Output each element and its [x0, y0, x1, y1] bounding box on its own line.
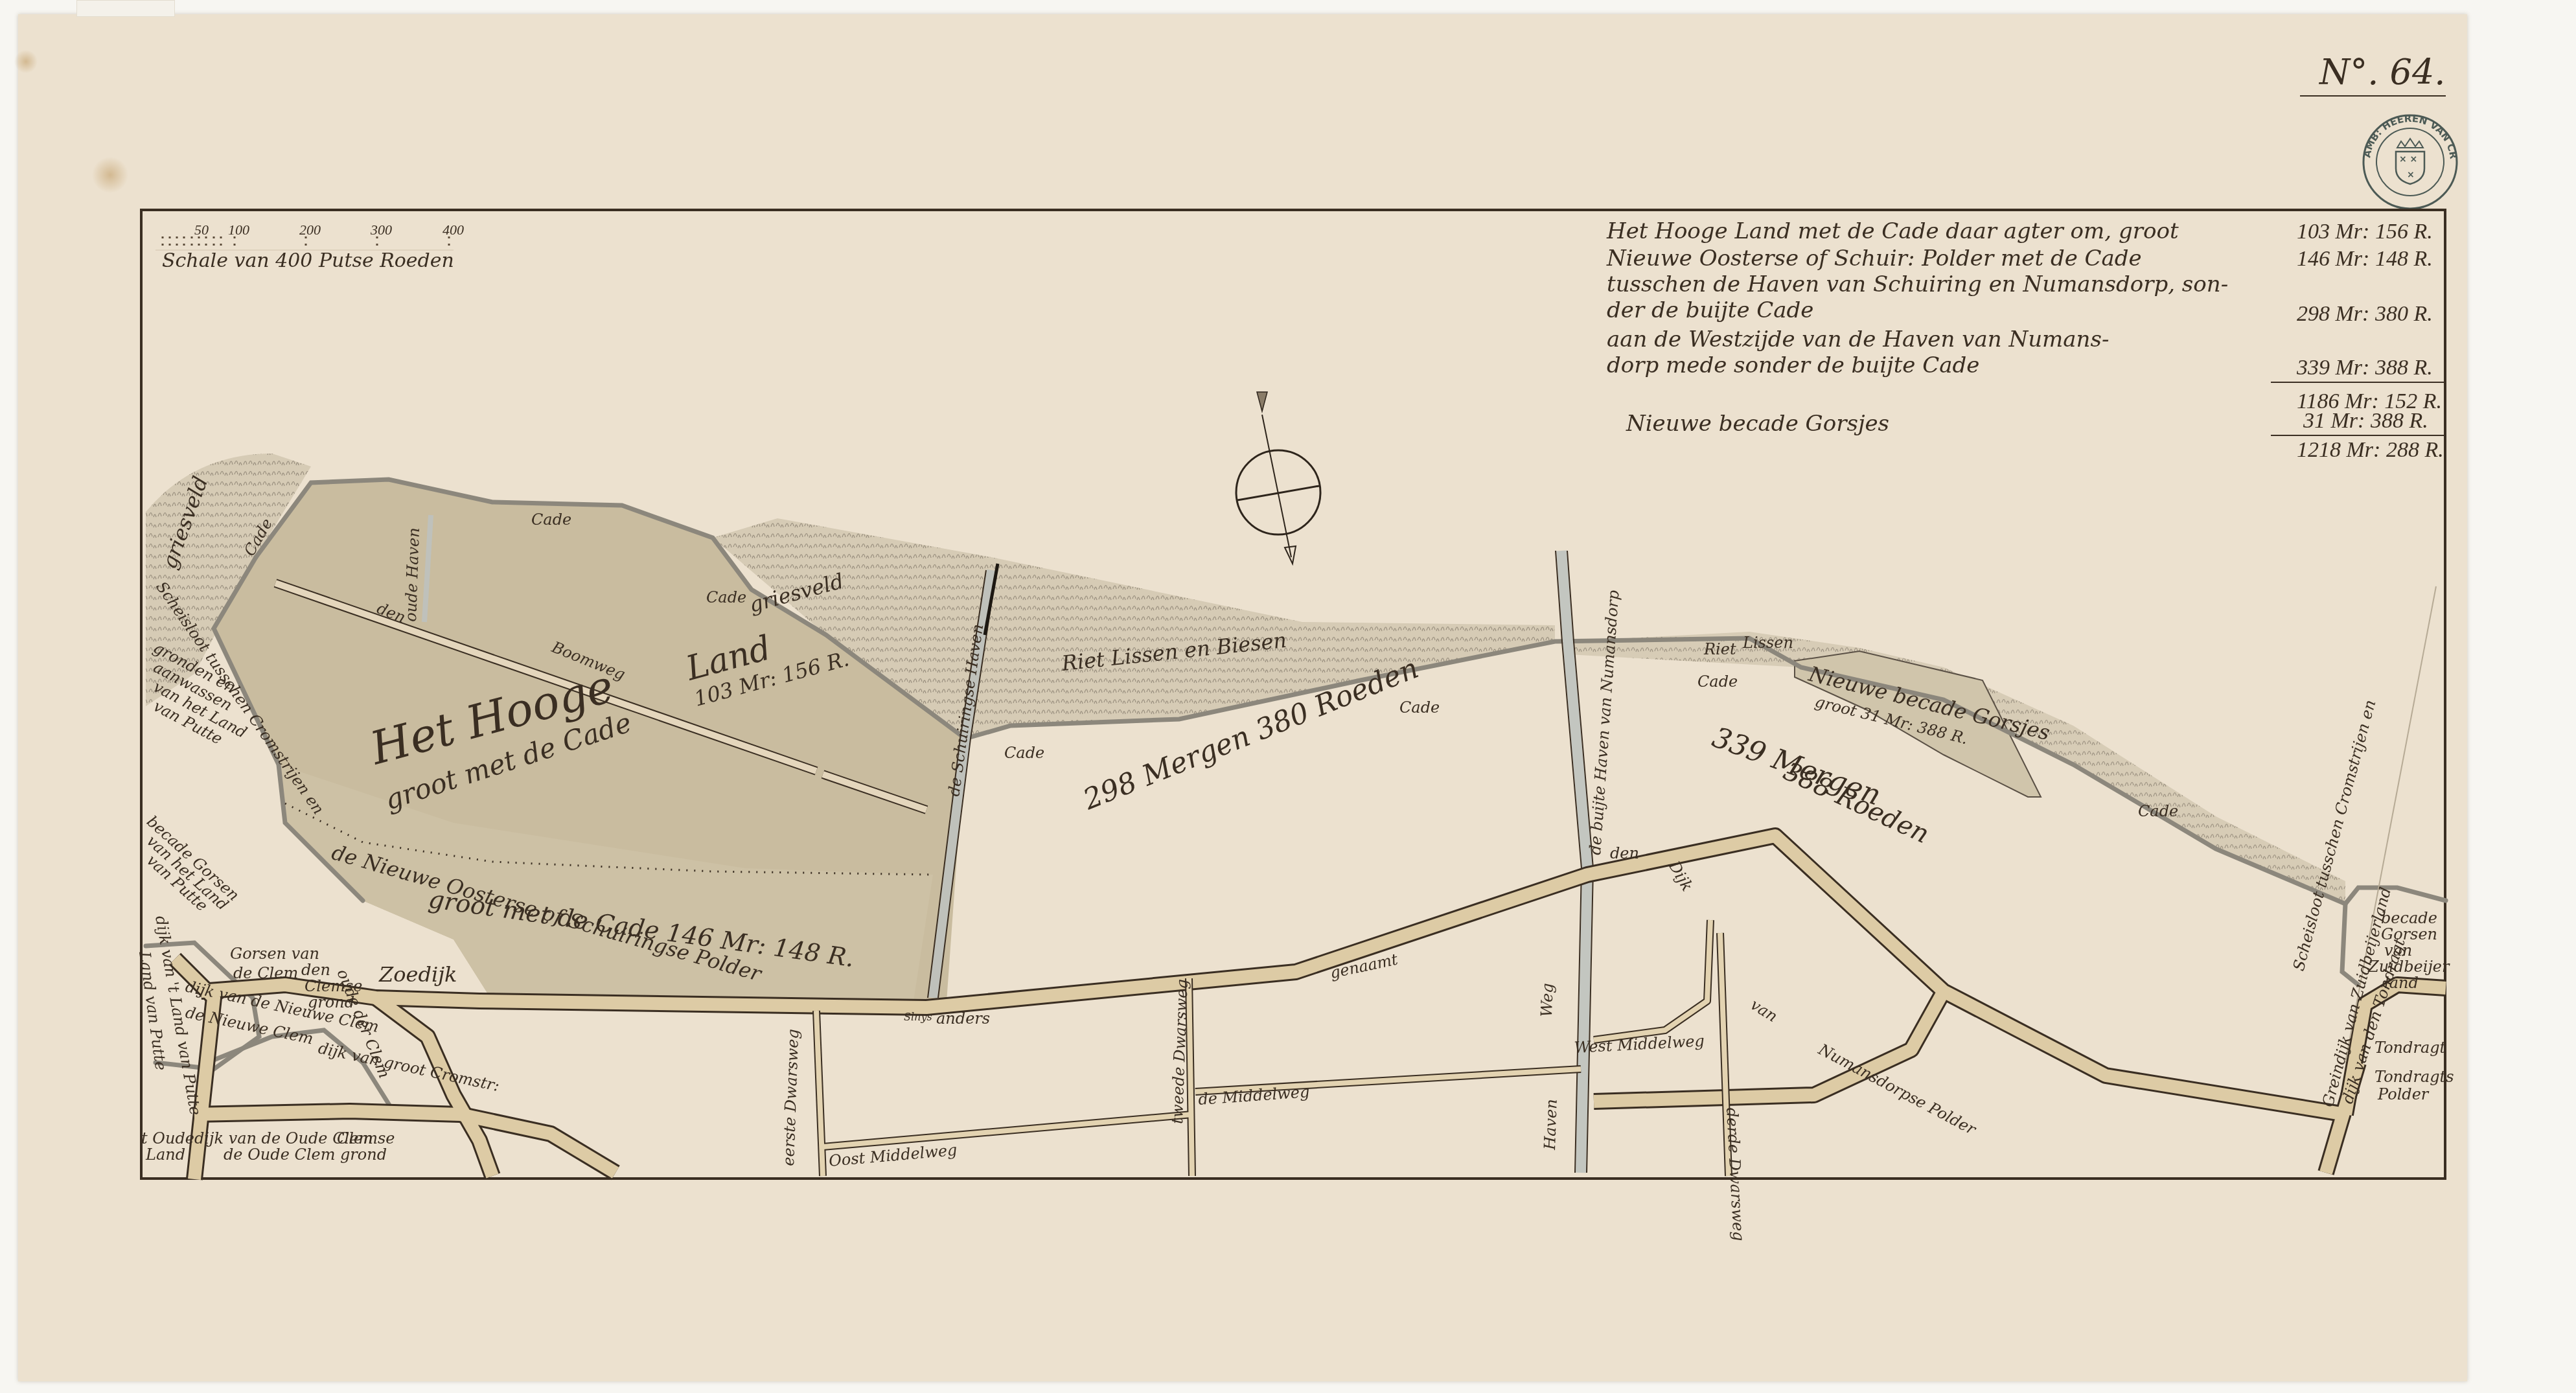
coat-of-arms-icon: × × × — [2396, 139, 2424, 184]
area-total: 1218 Mr: 288 R. — [2297, 438, 2444, 462]
svg-text:146 Mr: 148 R.: 146 Mr: 148 R. — [2297, 247, 2433, 271]
scale-tick: 50 — [194, 222, 209, 238]
label-buijte-haven: de buijte Haven van Numansdorp — [1586, 590, 1623, 856]
label-haven-weg: Haven — [1541, 1099, 1561, 1151]
svg-text:grond: grond — [340, 1145, 387, 1164]
svg-text:103 Mr: 156 R.: 103 Mr: 156 R. — [2297, 220, 2433, 244]
label-tondragts-polder: Tondragts — [2375, 1068, 2454, 1086]
svg-text:aan de Westzijde van de Haven: aan de Westzijde van de Haven van Numans… — [1607, 327, 2109, 352]
label-cade: Cade — [706, 588, 746, 606]
area-table-row: tusschen de Haven van Schuiring en Numan… — [1607, 271, 2228, 297]
label-gorsen-clem: Gorsen van — [230, 945, 319, 963]
scale-tick: 200 — [299, 222, 321, 238]
svg-text:Weg: Weg — [1537, 983, 1557, 1017]
area-table-row: aan de Westzijde van de Haven van Numans… — [1607, 327, 2109, 352]
archive-stamp: AMB: HEEREN VAN CROMSTRYEN × × × — [2361, 113, 2459, 209]
svg-text:tusschen de Haven van Schuirin: tusschen de Haven van Schuiring en Numan… — [1607, 271, 2228, 297]
area-table-row: dorp mede sonder de buijte Cade 339 Mr: … — [1607, 352, 2433, 380]
label-riet: Riet — [1703, 640, 1736, 658]
label-de-middelweg: de Middelweg — [1197, 1083, 1310, 1109]
scale-tick: 400 — [443, 222, 464, 238]
svg-text:Nieuwe becade Gorsjes: Nieuwe becade Gorsjes — [1626, 411, 1889, 437]
svg-text:der de buijte Cade: der de buijte Cade — [1607, 297, 1813, 323]
label-tondragt: Tondragt — [2375, 1039, 2446, 1057]
svg-text:Gorsen: Gorsen — [2381, 925, 2437, 943]
area-table-row: Nieuwe Oosterse of Schuir: Polder met de… — [1606, 246, 2433, 271]
svg-text:Nieuwe Oosterse of Schuir: Pol: Nieuwe Oosterse of Schuir: Polder met de… — [1606, 246, 2142, 271]
label-clemse-grond: Clemse — [337, 1129, 395, 1147]
svg-text:de Clem: de Clem — [233, 964, 298, 982]
label-anders: anders — [936, 1009, 990, 1028]
paper-stain — [14, 50, 38, 73]
label-oude-haven: oude Haven — [402, 527, 423, 622]
svg-text:×: × — [2407, 170, 2415, 180]
label-cade: Cade — [1697, 673, 1738, 691]
label-cade: Cade — [1004, 744, 1044, 762]
label-becade-gorsen-zb: becade — [2381, 909, 2437, 927]
area-table: Het Hooge Land met de Cade daar agter om… — [1606, 218, 2446, 462]
sheet-number: N°. 64. — [2318, 52, 2445, 93]
svg-text:Land: Land — [145, 1145, 185, 1164]
label-derde-dwarsweg: derde Dwarsweg — [1723, 1107, 1748, 1241]
label-lissen: Lissen — [1742, 634, 1793, 652]
scale-bar: 50 100 200 300 400 Schale van 400 Putse … — [155, 222, 464, 272]
area-table-row: Het Hooge Land met de Cade daar agter om… — [1606, 218, 2433, 244]
scale-tick: 100 — [228, 222, 249, 238]
scale-tick: 300 — [370, 222, 392, 238]
scale-caption: Schale van 400 Putse Roeden — [162, 249, 454, 272]
svg-text:× ×: × × — [2399, 154, 2417, 165]
label-zoedijk: Zoedijk — [378, 962, 457, 987]
label-cade: Cade — [531, 511, 571, 529]
label-west-middelweg: West Middelweg — [1574, 1031, 1705, 1057]
svg-text:Het Hooge Land met de Cade daa: Het Hooge Land met de Cade daar agter om… — [1606, 218, 2179, 244]
label-oude-land: t Oude — [141, 1129, 194, 1147]
label-den: den — [301, 961, 330, 979]
label-van: van — [1747, 995, 1781, 1026]
svg-text:339 Mr: 388 R.: 339 Mr: 388 R. — [2296, 356, 2433, 380]
label-sluis: Slnys — [904, 1011, 932, 1023]
label-cade: Cade — [1399, 698, 1440, 717]
svg-text:dorp mede sonder de buijte Cad: dorp mede sonder de buijte Cade — [1607, 352, 1979, 378]
svg-text:31 Mr: 388 R.: 31 Mr: 388 R. — [2303, 409, 2428, 433]
label-eerste-dwarsweg: eerste Dwarsweg — [779, 1029, 802, 1167]
label-cade: Cade — [2138, 802, 2178, 820]
paper-stain — [92, 157, 128, 193]
label-de-oude-clem: de Oude Clem — [224, 1145, 336, 1164]
area-table-row: Nieuwe becade Gorsjes 31 Mr: 388 R. — [1626, 409, 2428, 437]
map-drawing: N°. 64. AMB: HEEREN VAN CROMSTRYEN × × ×… — [0, 0, 2576, 1393]
area-table-row: der de buijte Cade 298 Mr: 380 R. — [1607, 297, 2433, 326]
svg-text:298 Mr: 380 R.: 298 Mr: 380 R. — [2297, 302, 2433, 326]
label-den: den — [1610, 844, 1639, 862]
north-arrow-compass-icon — [1236, 392, 1320, 564]
svg-text:Polder: Polder — [2377, 1085, 2430, 1103]
label-dijk-groot-cromstrijen: dijk van groot Cromstr: — [317, 1039, 501, 1095]
